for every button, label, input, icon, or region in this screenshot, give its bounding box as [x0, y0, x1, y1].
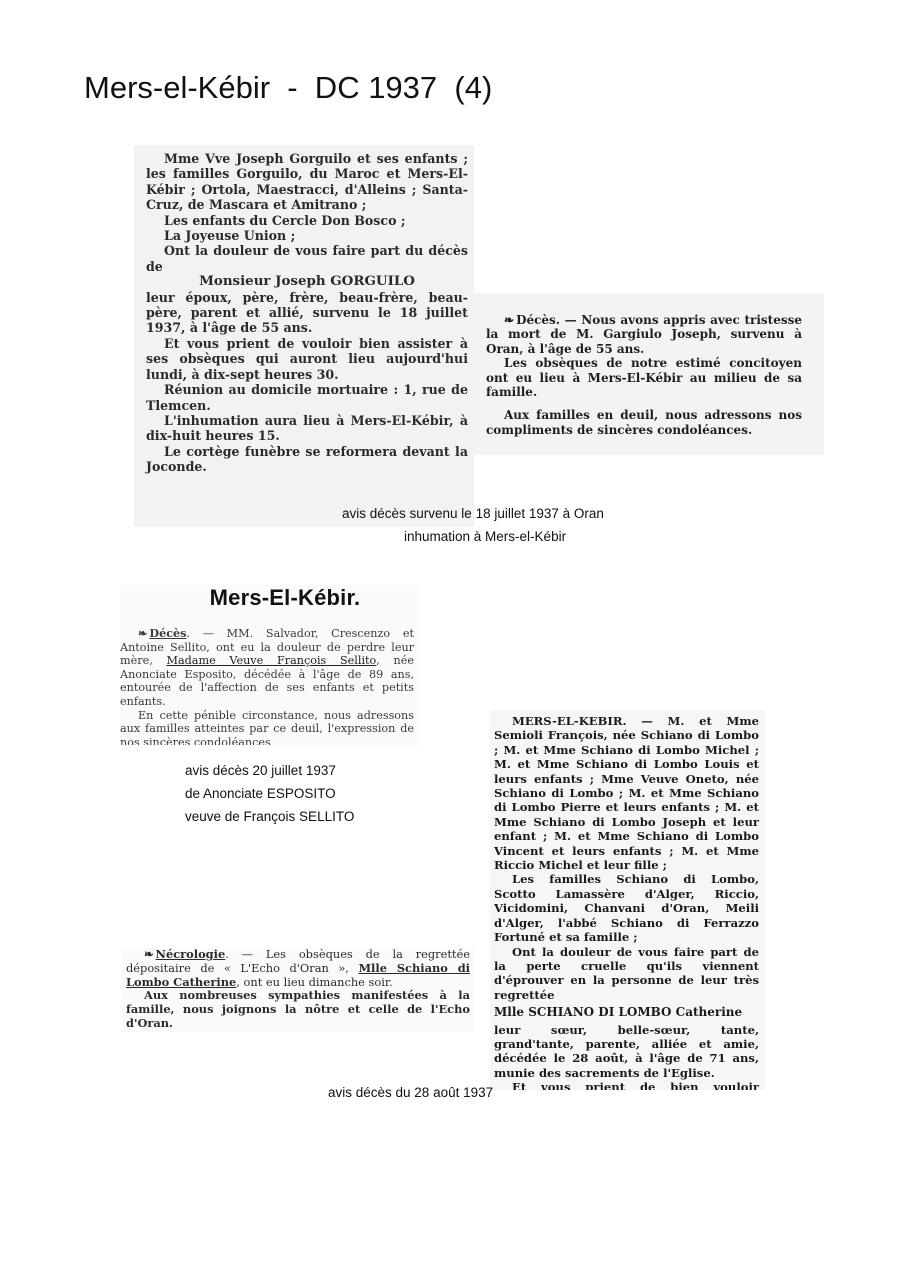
notice-paragraph: L'inhumation aura lieu à Mers-El-Kébir, … — [146, 413, 468, 444]
notice-paragraph: Aux nombreuses sympathies manifestées à … — [126, 989, 470, 1030]
clipping-schiano-family-notice: MERS-EL-KEBIR. — M. et Mme Semioli Franç… — [490, 710, 765, 1090]
notice-paragraph: Et vous prient de bien vouloir assister … — [494, 1080, 759, 1090]
caption-sellito-widow: veuve de François SELLITO — [185, 809, 354, 824]
clipping-necrologie: ❧Nécrologie. — Les obsèques de la regret… — [122, 948, 474, 1032]
fleuron-icon: ❧ — [504, 313, 512, 327]
notice-paragraph: Aux familles en deuil, nous adressons no… — [486, 408, 802, 437]
deceased-name: Madame Veuve François Sellito — [167, 654, 377, 667]
notice-paragraph: Les familles Schiano di Lombo, Scotto La… — [494, 872, 759, 944]
rubric-label: Décès — [149, 626, 186, 640]
page-title: Mers-el-Kébir - DC 1937 (4) — [84, 70, 492, 106]
notice-paragraph: Ont la douleur de vous faire part de la … — [494, 945, 759, 1003]
caption-schiano-date: avis décès du 28 août 1937 — [328, 1085, 493, 1100]
notice-paragraph: La Joyeuse Union ; — [146, 228, 468, 243]
notice-paragraph: Ont la douleur de vous faire part du déc… — [146, 243, 468, 274]
rubric-label: Nécrologie — [156, 948, 226, 961]
section-heading: Mers-El-Kébir. — [156, 585, 414, 611]
notice-paragraph: Les enfants du Cercle Don Bosco ; — [146, 213, 468, 228]
notice-paragraph: Mme Vve Joseph Gorguilo et ses enfants ;… — [146, 151, 468, 213]
caption-sellito-name: de Anonciate ESPOSITO — [185, 786, 336, 801]
fleuron-icon: ❧ — [138, 626, 145, 640]
notice-paragraph: leur sœur, belle-sœur, tante, grand'tant… — [494, 1023, 759, 1081]
notice-paragraph: Les obsèques de notre estimé concitoyen … — [486, 356, 802, 399]
notice-paragraph: Réunion au domicile mortuaire : 1, rue d… — [146, 382, 468, 413]
notice-paragraph: MERS-EL-KEBIR. — M. et Mme Semioli Franç… — [494, 714, 759, 872]
notice-paragraph: Le cortège funèbre se reformera devant l… — [146, 444, 468, 475]
fleuron-icon: ❧ — [144, 948, 152, 961]
deceased-name: Monsieur Joseph GORGUILO — [146, 274, 468, 289]
notice-paragraph: Et vous prient de vouloir bien assister … — [146, 336, 468, 382]
notice-text: , ont eu lieu dimanche soir. — [236, 975, 392, 989]
rubric-label: Décès. — [516, 313, 560, 327]
clipping-gorguilo-family-notice: Mme Vve Joseph Gorguilo et ses enfants ;… — [134, 145, 474, 527]
caption-gorguilo-burial: inhumation à Mers-el-Kébir — [404, 529, 566, 544]
caption-sellito-date: avis décès 20 juillet 1937 — [185, 763, 336, 778]
caption-gorguilo-date: avis décès survenu le 18 juillet 1937 à … — [342, 506, 604, 521]
clipping-gargiulo-deces: ❧Décès. — Nous avons appris avec tristes… — [472, 293, 824, 455]
deceased-name: Mlle SCHIANO DI LOMBO Catherine — [494, 1005, 759, 1019]
notice-paragraph: leur époux, père, frère, beau-frère, bea… — [146, 290, 468, 336]
notice-paragraph: En cette pénible circonstance, nous adre… — [120, 709, 414, 745]
clipping-sellito-deces: Mers-El-Kébir. ❧Décès. — MM. Salvador, C… — [120, 585, 420, 745]
